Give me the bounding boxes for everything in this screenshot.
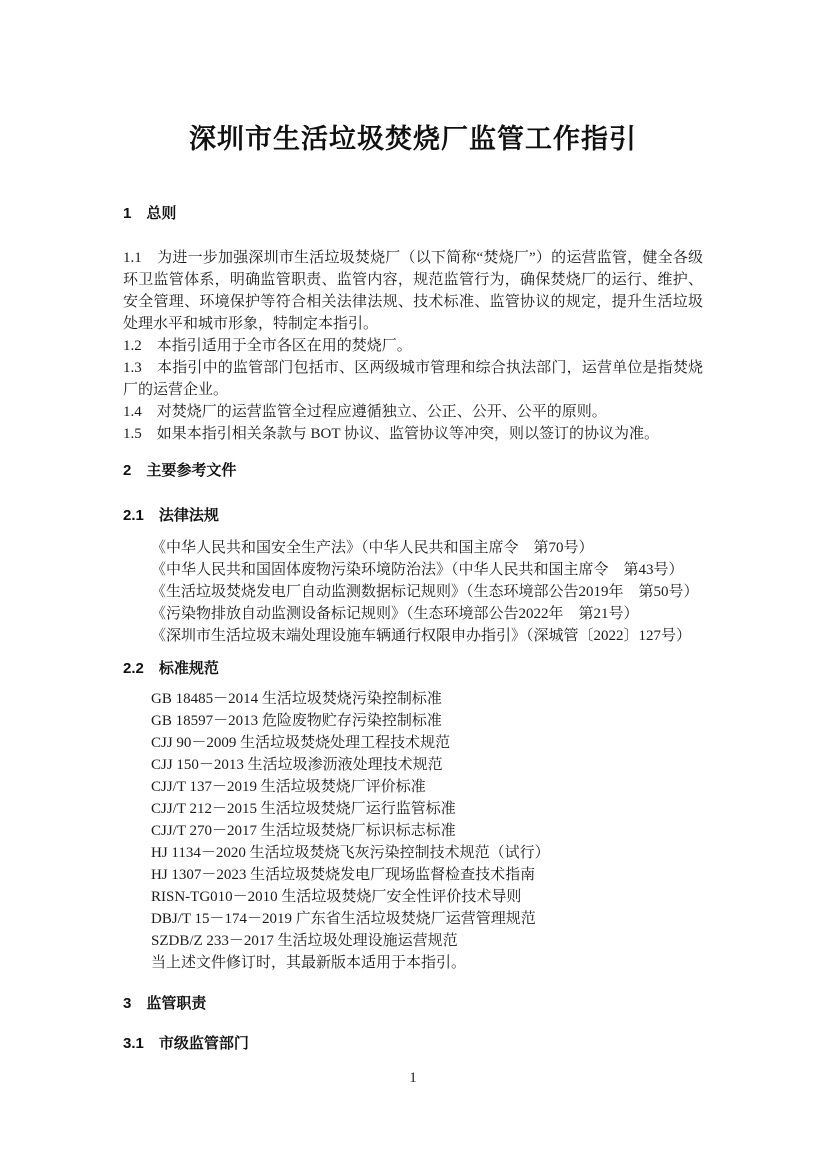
section-3-heading: 3 监管职责 bbox=[123, 993, 703, 1015]
clause-1-4: 1.4 对焚烧厂的运营监管全过程应遵循独立、公正、公开、公平的原则。 bbox=[123, 401, 703, 423]
page-number: 1 bbox=[0, 1068, 826, 1088]
standard-reference-note: 当上述文件修订时，其最新版本适用于本指引。 bbox=[151, 952, 703, 974]
standard-reference-item: HJ 1134－2020 生活垃圾焚烧飞灰污染控制技术规范（试行） bbox=[151, 842, 703, 864]
section-2-1-heading: 2.1 法律法规 bbox=[123, 505, 703, 527]
section-1-clauses: 1.1 为进一步加强深圳市生活垃圾焚烧厂（以下简称“焚烧厂”）的运营监管，健全各… bbox=[123, 247, 703, 445]
clause-1-5: 1.5 如果本指引相关条款与 BOT 协议、监管协议等冲突，则以签订的协议为准。 bbox=[123, 423, 703, 445]
section-1-heading: 1 总则 bbox=[123, 203, 703, 225]
clause-1-2: 1.2 本指引适用于全市各区在用的焚烧厂。 bbox=[123, 335, 703, 357]
standard-reference-item: GB 18597－2013 危险废物贮存污染控制标准 bbox=[151, 710, 703, 732]
law-reference-item: 《中华人民共和国固体废物污染环境防治法》（中华人民共和国主席令 第43号） bbox=[151, 559, 703, 581]
law-reference-item: 《深圳市生活垃圾末端处理设施车辆通行权限申办指引》（深城管〔2022〕127号） bbox=[151, 625, 703, 647]
standard-reference-item: CJJ/T 137－2019 生活垃圾焚烧厂评价标准 bbox=[151, 776, 703, 798]
standard-reference-item: GB 18485－2014 生活垃圾焚烧污染控制标准 bbox=[151, 688, 703, 710]
standard-reference-list: GB 18485－2014 生活垃圾焚烧污染控制标准 GB 18597－2013… bbox=[123, 688, 703, 974]
standard-reference-item: DBJ/T 15－174－2019 广东省生活垃圾焚烧厂运营管理规范 bbox=[151, 908, 703, 930]
clause-1-3: 1.3 本指引中的监管部门包括市、区两级城市管理和综合执法部门，运营单位是指焚烧… bbox=[123, 357, 703, 401]
standard-reference-item: CJJ/T 212－2015 生活垃圾焚烧厂运行监管标准 bbox=[151, 798, 703, 820]
law-reference-item: 《污染物排放自动监测设备标记规则》（生态环境部公告2022年 第21号） bbox=[151, 603, 703, 625]
standard-reference-item: HJ 1307－2023 生活垃圾焚烧发电厂现场监督检查技术指南 bbox=[151, 864, 703, 886]
standard-reference-item: CJJ 90－2009 生活垃圾焚烧处理工程技术规范 bbox=[151, 732, 703, 754]
section-2-heading: 2 主要参考文件 bbox=[123, 460, 703, 482]
law-reference-list: 《中华人民共和国安全生产法》（中华人民共和国主席令 第70号） 《中华人民共和国… bbox=[123, 537, 703, 647]
law-reference-item: 《生活垃圾焚烧发电厂自动监测数据标记规则》（生态环境部公告2019年 第50号） bbox=[151, 581, 703, 603]
standard-reference-item: SZDB/Z 233－2017 生活垃圾处理设施运营规范 bbox=[151, 930, 703, 952]
standard-reference-item: CJJ 150－2013 生活垃圾渗沥液处理技术规范 bbox=[151, 754, 703, 776]
law-reference-item: 《中华人民共和国安全生产法》（中华人民共和国主席令 第70号） bbox=[151, 537, 703, 559]
document-page: 深圳市生活垃圾焚烧厂监管工作指引 1 总则 1.1 为进一步加强深圳市生活垃圾焚… bbox=[0, 0, 826, 1169]
standard-reference-item: CJJ/T 270－2017 生活垃圾焚烧厂标识标志标准 bbox=[151, 820, 703, 842]
section-3-1-heading: 3.1 市级监管部门 bbox=[123, 1033, 703, 1055]
section-2-2-heading: 2.2 标准规范 bbox=[123, 658, 703, 680]
document-title: 深圳市生活垃圾焚烧厂监管工作指引 bbox=[123, 123, 703, 155]
standard-reference-item: RISN-TG010－2010 生活垃圾焚烧厂安全性评价技术导则 bbox=[151, 886, 703, 908]
clause-1-1: 1.1 为进一步加强深圳市生活垃圾焚烧厂（以下简称“焚烧厂”）的运营监管，健全各… bbox=[123, 247, 703, 335]
